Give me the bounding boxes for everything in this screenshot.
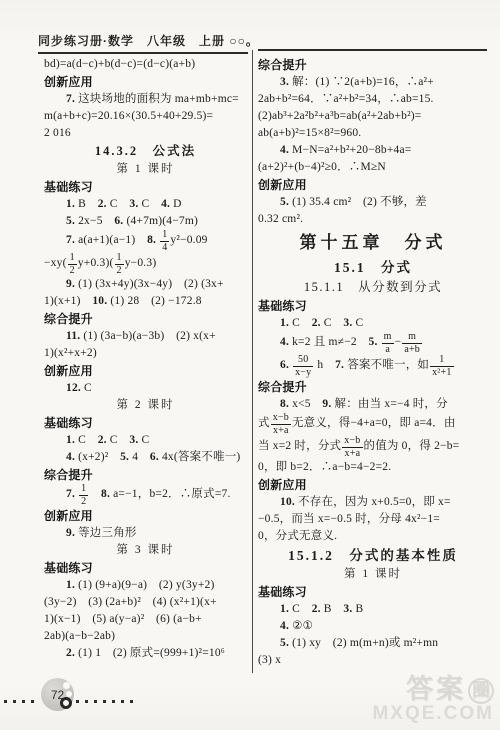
section-heading: 创新应用 (44, 507, 247, 525)
fraction: 12 (68, 253, 77, 276)
fraction: 50x−y (293, 355, 313, 378)
answer-line: 2. (1) 1 (2) 原式=(999+1)²=10⁶ (44, 645, 247, 662)
answer-line: (2)ab³+2a²b²+a³b=ab(a²+2ab+b²)= (258, 108, 488, 125)
fraction: 12 (79, 484, 88, 507)
answer-line: 5. (1) xy (2) m(m+n)或 m²+mn (258, 635, 488, 652)
answer-line: 11. (1) (3a−b)(a−3b) (2) x(x+ (44, 328, 247, 345)
answer-line: 9. (1) (3x+4y)(3x−4y) (2) (3x+ (44, 276, 247, 293)
section-heading: 创新应用 (258, 176, 488, 194)
subsection-title: 15.1.2 分式的基本性质 (258, 545, 488, 566)
subsubsection-title: 15.1.1 从分数到分式 (258, 278, 488, 297)
section-heading: 基础练习 (258, 583, 488, 601)
header-title: 同步练习册·数学 八年级 上册 ○○。 (38, 34, 259, 48)
badge-dot-icon (63, 682, 70, 689)
lesson-title: 第 1 课时 (258, 566, 488, 583)
answer-line: 5. (1) 35.4 cm² (2) 不够，差 (258, 194, 488, 211)
right-column-top-rule (258, 49, 487, 51)
answer-line: 1)(x+1) 10. (1) 28 (2) −172.8 (44, 293, 247, 310)
answer-line: 1)(x−1) (5) a(y−a)² (6) (a−b+ (44, 611, 247, 628)
answer-line: 9. 等边三角形 (44, 525, 247, 542)
page-header: 同步练习册·数学 八年级 上册 ○○。 (38, 32, 248, 54)
answer-line: 0，分式无意义. (258, 528, 488, 545)
fraction: 12 (115, 253, 124, 276)
fraction: x−bx+a (342, 436, 362, 459)
fraction: 1x²+1 (430, 355, 453, 378)
answer-line: 1. (1) (9+a)(9−a) (2) y(3y+2) (44, 577, 247, 594)
footer-dotted-line-right (76, 700, 138, 703)
subsection-title: 14.3.2 公式法 (44, 142, 247, 161)
chapter-title: 第十五章 分式 (258, 228, 488, 257)
section-heading: 创新应用 (258, 476, 488, 494)
answer-line: 10. 不存在，因为 x+0.5=0，即 x= (258, 494, 488, 511)
answer-line: 3. 解：(1) ∵2(a+b)=16，∴a²+ (258, 74, 488, 91)
section-heading: 综合提升 (44, 466, 247, 484)
answer-line: 1. C 2. B 3. B (258, 601, 488, 618)
section-heading: 创新应用 (44, 73, 247, 91)
answer-line: 4. M−N=a²+b²+20−8b+4a= (258, 142, 488, 159)
answer-line: (3) x (258, 652, 488, 669)
section-heading: 创新应用 (44, 362, 247, 380)
answer-line: 0.32 cm². (258, 211, 488, 228)
lesson-title: 第 1 课时 (44, 161, 247, 178)
footer-dotted-line-left (4, 700, 40, 703)
subsection-title: 15.1 分式 (258, 257, 488, 278)
answer-line: 7. 12 8. a=−1，b=2．∴原式=7. (44, 484, 247, 507)
answer-line: 12. C (44, 380, 247, 397)
section-heading: 综合提升 (44, 310, 247, 328)
answer-line: bd)=a(d−c)+b(d−c)=(d−c)(a+b) (44, 56, 247, 73)
fraction: ma+b (402, 332, 422, 355)
answer-line: m(a+b+c)=20.16×(30.5+40+29.5)= (44, 108, 247, 125)
answer-line: 2ab)(a−b−2ab) (44, 628, 247, 645)
watermark-text: 答案 (406, 674, 466, 704)
section-heading: 基础练习 (258, 297, 488, 315)
answer-line: 7. a(a+1)(a−1) 8. 14y²−0.09 (44, 230, 247, 253)
answer-line: 8. x<5 9. 解：由当 x=−4 时，分 (258, 396, 488, 413)
watermark: 答案圈 MXQE.COM (372, 676, 494, 724)
answer-line: ab(a+b)²=15×8²=960. (258, 125, 488, 142)
answer-line: 2 016 (44, 125, 247, 142)
answer-line: 5. 2x−5 6. (4+7m)(4−7m) (44, 213, 247, 230)
section-heading: 基础练习 (44, 414, 247, 432)
answer-line: 1. B 2. C 3. C 4. D (44, 196, 247, 213)
answer-line: 式x−bx+a无意义，得−4+a=0，即 a=4．由 (258, 413, 488, 436)
answer-line: −xy(12y+0.3)(12y−0.3) (44, 253, 247, 276)
answer-line: (a+2)²+(b−4)²≥0．∴M≥N (258, 159, 488, 176)
fraction: ma (382, 332, 394, 355)
watermark-site: MXQE.COM (372, 704, 494, 724)
answer-line: 7. 这块场地的面积为 ma+mb+mc= (44, 91, 247, 108)
answer-line: 当 x=2 时，分式x−bx+a的值为 0，得 2−b= (258, 436, 488, 459)
answer-line: 4. k=2 且 m≠−2 5. ma−ma+b (258, 332, 488, 355)
column-divider (252, 50, 253, 673)
lesson-title: 第 3 课时 (44, 542, 247, 559)
section-heading: 综合提升 (258, 378, 488, 396)
workbook-answer-page: 同步练习册·数学 八年级 上册 ○○。 bd)=a(d−c)+b(d−c)=(d… (0, 0, 500, 730)
fraction: 14 (160, 230, 169, 253)
section-heading: 基础练习 (44, 178, 247, 196)
answer-line: (3y−2) (3) (2a+b)² (4) (x²+1)(x+ (44, 594, 247, 611)
answer-line: 4. (x+2)² 5. 4 6. 4x(答案不唯一) (44, 449, 247, 466)
fraction: x−bx+a (271, 413, 291, 436)
right-column: 综合提升3. 解：(1) ∵2(a+b)=16，∴a²+2ab+b²=64．∵a… (258, 56, 488, 669)
section-heading: 综合提升 (258, 56, 488, 74)
footer-ring-icon (60, 697, 72, 709)
lesson-title: 第 2 课时 (44, 397, 247, 414)
watermark-brand: 答案圈 (372, 676, 494, 704)
answer-line: 1. C 2. C 3. C (44, 432, 247, 449)
left-column: bd)=a(d−c)+b(d−c)=(d−c)(a+b)创新应用7. 这块场地的… (44, 56, 247, 662)
answer-line: 4. ②① (258, 618, 488, 635)
section-heading: 基础练习 (44, 559, 247, 577)
answer-line: 1. C 2. C 3. C (258, 315, 488, 332)
answer-line: 1)(x²+x+2) (44, 345, 247, 362)
answer-line: 2ab+b²=64．∵a²+b²=34，∴ab=15. (258, 91, 488, 108)
answer-line: 0，即 b=2．∴a−b=4−2=2. (258, 459, 488, 476)
watermark-circled-char: 圈 (468, 678, 494, 704)
answer-line: 6. 50x−y h 7. 答案不唯一，如1x²+1 (258, 355, 488, 378)
answer-line: −0.5，而当 x=−0.5 时，分母 4x²−1= (258, 511, 488, 528)
